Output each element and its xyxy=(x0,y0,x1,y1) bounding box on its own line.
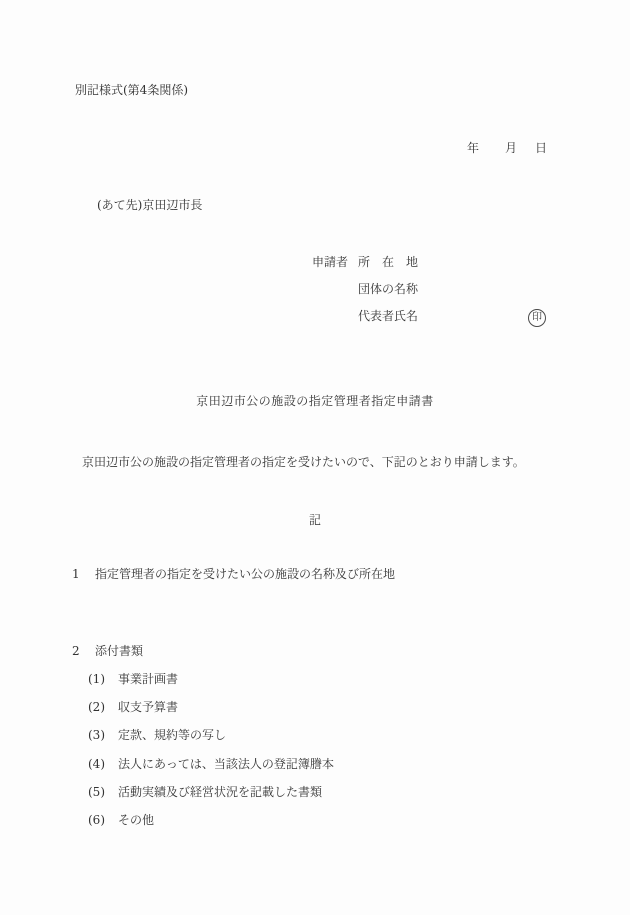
applicant-address-row: 申請者所 在 地 xyxy=(312,256,418,283)
applicant-block: 申請者所 在 地 団体の名称 代表者氏名 印 xyxy=(312,256,418,337)
attachment-item: (6)その他 xyxy=(88,806,334,834)
attachment-item-number: (5) xyxy=(88,778,118,806)
attachment-item-text: 定款、規約等の写し xyxy=(118,728,226,742)
attachment-item-number: (1) xyxy=(88,665,118,693)
attachment-item-text: 事業計画書 xyxy=(118,672,178,686)
attachment-item: (3)定款、規約等の写し xyxy=(88,721,334,749)
attachment-item-text: 収支予算書 xyxy=(118,700,178,714)
seal-mark-icon: 印 xyxy=(528,309,546,327)
attachment-item-number: (6) xyxy=(88,806,118,834)
section-2: 2添付書類 xyxy=(70,645,143,657)
body-paragraph: 京田辺市公の施設の指定管理者の指定を受けたいので、下記のとおり申請します。 xyxy=(70,456,570,468)
applicant-representative-row: 代表者氏名 xyxy=(312,310,418,337)
form-style-note: 別記様式(第4条関係) xyxy=(75,84,188,96)
section-1: 1指定管理者の指定を受けたい公の施設の名称及び所在地 xyxy=(70,568,395,580)
addressee-line: (あて先)京田辺市長 xyxy=(97,199,202,211)
attachment-item: (5)活動実績及び経営状況を記載した書類 xyxy=(88,778,334,806)
applicant-address-label: 所 在 地 xyxy=(358,255,418,269)
attachment-item-text: 活動実績及び経営状況を記載した書類 xyxy=(118,785,322,799)
attachment-item-number: (3) xyxy=(88,721,118,749)
attachment-item: (4)法人にあっては、当該法人の登記簿謄本 xyxy=(88,750,334,778)
attachments-list: (1)事業計画書 (2)収支予算書 (3)定款、規約等の写し (4)法人にあって… xyxy=(88,665,334,834)
section-1-text: 指定管理者の指定を受けたい公の施設の名称及び所在地 xyxy=(95,567,395,581)
record-marker: 記 xyxy=(0,514,630,526)
attachment-item-text: その他 xyxy=(118,813,154,827)
section-2-number: 2 xyxy=(70,645,95,657)
section-2-text: 添付書類 xyxy=(95,644,143,658)
attachment-item: (1)事業計画書 xyxy=(88,665,334,693)
date-day-label: 日 xyxy=(535,141,547,155)
date-line: 年月日 xyxy=(467,142,547,154)
attachment-item-number: (2) xyxy=(88,693,118,721)
application-form-page: 別記様式(第4条関係) 年月日 (あて先)京田辺市長 申請者所 在 地 団体の名… xyxy=(0,0,630,915)
applicant-org-name-label: 団体の名称 xyxy=(358,282,418,296)
document-title: 京田辺市公の施設の指定管理者指定申請書 xyxy=(0,395,630,407)
applicant-org-row: 団体の名称 xyxy=(312,283,418,310)
applicant-prefix-label: 申請者 xyxy=(312,256,358,268)
attachment-item-number: (4) xyxy=(88,750,118,778)
applicant-representative-label: 代表者氏名 xyxy=(358,309,418,323)
attachment-item: (2)収支予算書 xyxy=(88,693,334,721)
section-1-number: 1 xyxy=(70,568,95,580)
attachment-item-text: 法人にあっては、当該法人の登記簿謄本 xyxy=(118,757,334,771)
date-month-label: 月 xyxy=(505,141,517,155)
date-year-label: 年 xyxy=(467,141,479,155)
